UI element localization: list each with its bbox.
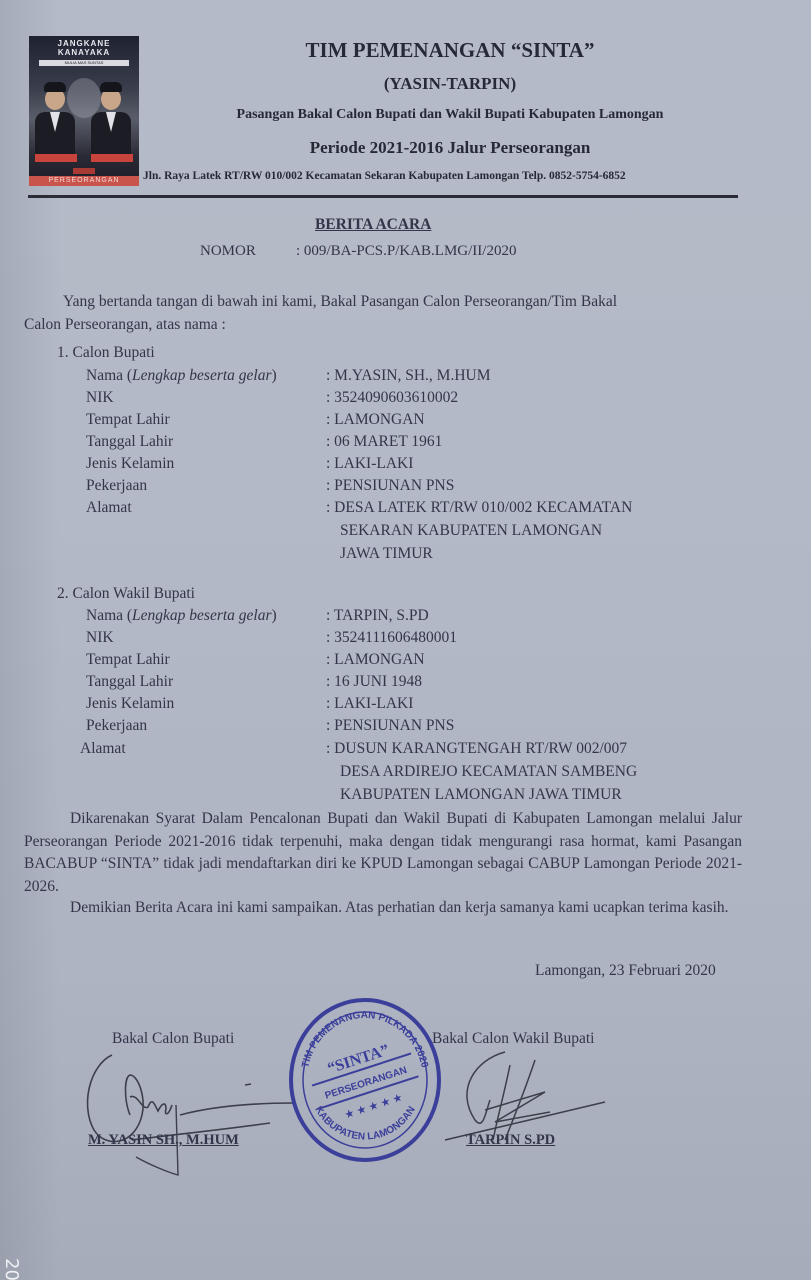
- letterhead-divider: [28, 195, 738, 198]
- name-tag-left: [35, 154, 77, 162]
- official-stamp: TIM PEMENANGAN PILKADA 2020 KABUPATEN LA…: [285, 995, 445, 1165]
- field-value-alamat: : DESA LATEK RT/RW 010/002 KECAMATAN: [326, 499, 632, 517]
- field-label-tempat-lahir: Tempat Lahir: [86, 411, 170, 429]
- signature-bupati: [80, 1045, 300, 1180]
- field-label-tempat-lahir: Tempat Lahir: [86, 651, 170, 669]
- field-label-pekerjaan: Pekerjaan: [86, 477, 147, 495]
- campaign-logo: JANGKANE KANAYAKA MULIA MAS SUNTAS PERSE…: [29, 36, 139, 186]
- body-paragraph-2: Demikian Berita Acara ini kami sampaikan…: [24, 897, 742, 920]
- field-value-nama: : M.YASIN, SH., M.HUM: [326, 367, 491, 385]
- body-paragraph-1: Dikarenakan Syarat Dalam Pencalonan Bupa…: [24, 808, 742, 898]
- field-value-tempat-lahir: : LAMONGAN: [326, 651, 425, 669]
- field-value-alamat-line2: SEKARAN KABUPATEN LAMONGAN: [340, 522, 602, 540]
- field-label-alamat: Alamat: [86, 499, 132, 517]
- letterhead-period: Periode 2021-2016 Jalur Perseorangan: [150, 138, 750, 158]
- field-value-jenis-kelamin: : LAKI-LAKI: [326, 455, 413, 473]
- logo-title: JANGKANE KANAYAKA: [33, 39, 135, 57]
- name-tag-right: [91, 154, 133, 162]
- signatory-name-bupati: M. YASIN SH., M.HUM: [88, 1132, 239, 1149]
- signatory-name-wakil-bupati: TARPIN S.PD: [466, 1132, 555, 1149]
- field-label-nama: Nama (Lengkap beserta gelar): [86, 607, 277, 625]
- field-label-tanggal-lahir: Tanggal Lahir: [86, 673, 173, 691]
- field-label-nik: NIK: [86, 389, 114, 407]
- letterhead-address: Jln. Raya Latek RT/RW 010/002 Kecamatan …: [143, 170, 743, 182]
- logo-footer: PERSEORANGAN: [29, 176, 139, 186]
- field-label-tanggal-lahir: Tanggal Lahir: [86, 433, 173, 451]
- field-value-tanggal-lahir: : 16 JUNI 1948: [326, 673, 422, 691]
- field-label-alamat: Alamat: [80, 740, 126, 758]
- candidate-heading: 2. Calon Wakil Bupati: [57, 585, 195, 603]
- document-heading: BERITA ACARA: [315, 216, 431, 234]
- logo-badge: [73, 168, 95, 174]
- candidate-heading: 1. Calon Bupati: [57, 344, 155, 362]
- letterhead-description: Pasangan Bakal Calon Bupati dan Wakil Bu…: [150, 107, 750, 123]
- field-value-alamat-line3: KABUPATEN LAMONGAN JAWA TIMUR: [340, 786, 622, 804]
- document-page: JANGKANE KANAYAKA MULIA MAS SUNTAS PERSE…: [0, 0, 811, 1280]
- field-value-tempat-lahir: : LAMONGAN: [326, 411, 425, 429]
- candidate-portrait-right: [91, 80, 131, 158]
- photo-timestamp-watermark: 20: [1, 1258, 22, 1280]
- document-number-label: NOMOR: [200, 243, 256, 260]
- field-value-tanggal-lahir: : 06 MARET 1961: [326, 433, 442, 451]
- field-value-pekerjaan: : PENSIUNAN PNS: [326, 717, 454, 735]
- document-number-value: : 009/BA-PCS.P/KAB.LMG/II/2020: [296, 243, 516, 260]
- letterhead-subtitle: (YASIN-TARPIN): [150, 74, 750, 94]
- intro-line-1: Yang bertanda tangan di bawah ini kami, …: [63, 293, 617, 311]
- field-value-alamat-line3: JAWA TIMUR: [340, 545, 433, 563]
- field-value-pekerjaan: : PENSIUNAN PNS: [326, 477, 454, 495]
- field-value-alamat: : DUSUN KARANGTENGAH RT/RW 002/007: [326, 740, 627, 758]
- place-date: Lamongan, 23 Februari 2020: [535, 962, 716, 980]
- candidate-portrait-left: [35, 80, 75, 158]
- field-value-nama: : TARPIN, S.PD: [326, 607, 429, 625]
- field-label-jenis-kelamin: Jenis Kelamin: [86, 455, 174, 473]
- field-label-nama: Nama (Lengkap beserta gelar): [86, 367, 277, 385]
- field-value-jenis-kelamin: : LAKI-LAKI: [326, 695, 413, 713]
- logo-subtitle: MULIA MAS SUNTAS: [39, 60, 129, 66]
- field-label-nik: NIK: [86, 629, 114, 647]
- field-value-alamat-line2: DESA ARDIREJO KECAMATAN SAMBENG: [340, 763, 637, 781]
- svg-text:★ ★ ★ ★ ★: ★ ★ ★ ★ ★: [343, 1092, 404, 1122]
- field-label-jenis-kelamin: Jenis Kelamin: [86, 695, 174, 713]
- field-label-pekerjaan: Pekerjaan: [86, 717, 147, 735]
- field-value-nik: : 3524111606480001: [326, 629, 457, 647]
- field-value-nik: : 3524090603610002: [326, 389, 458, 407]
- letterhead-title: TIM PEMENANGAN “SINTA”: [150, 38, 750, 63]
- intro-line-2: Calon Perseorangan, atas nama :: [24, 316, 226, 334]
- page-shadow: [0, 0, 60, 1280]
